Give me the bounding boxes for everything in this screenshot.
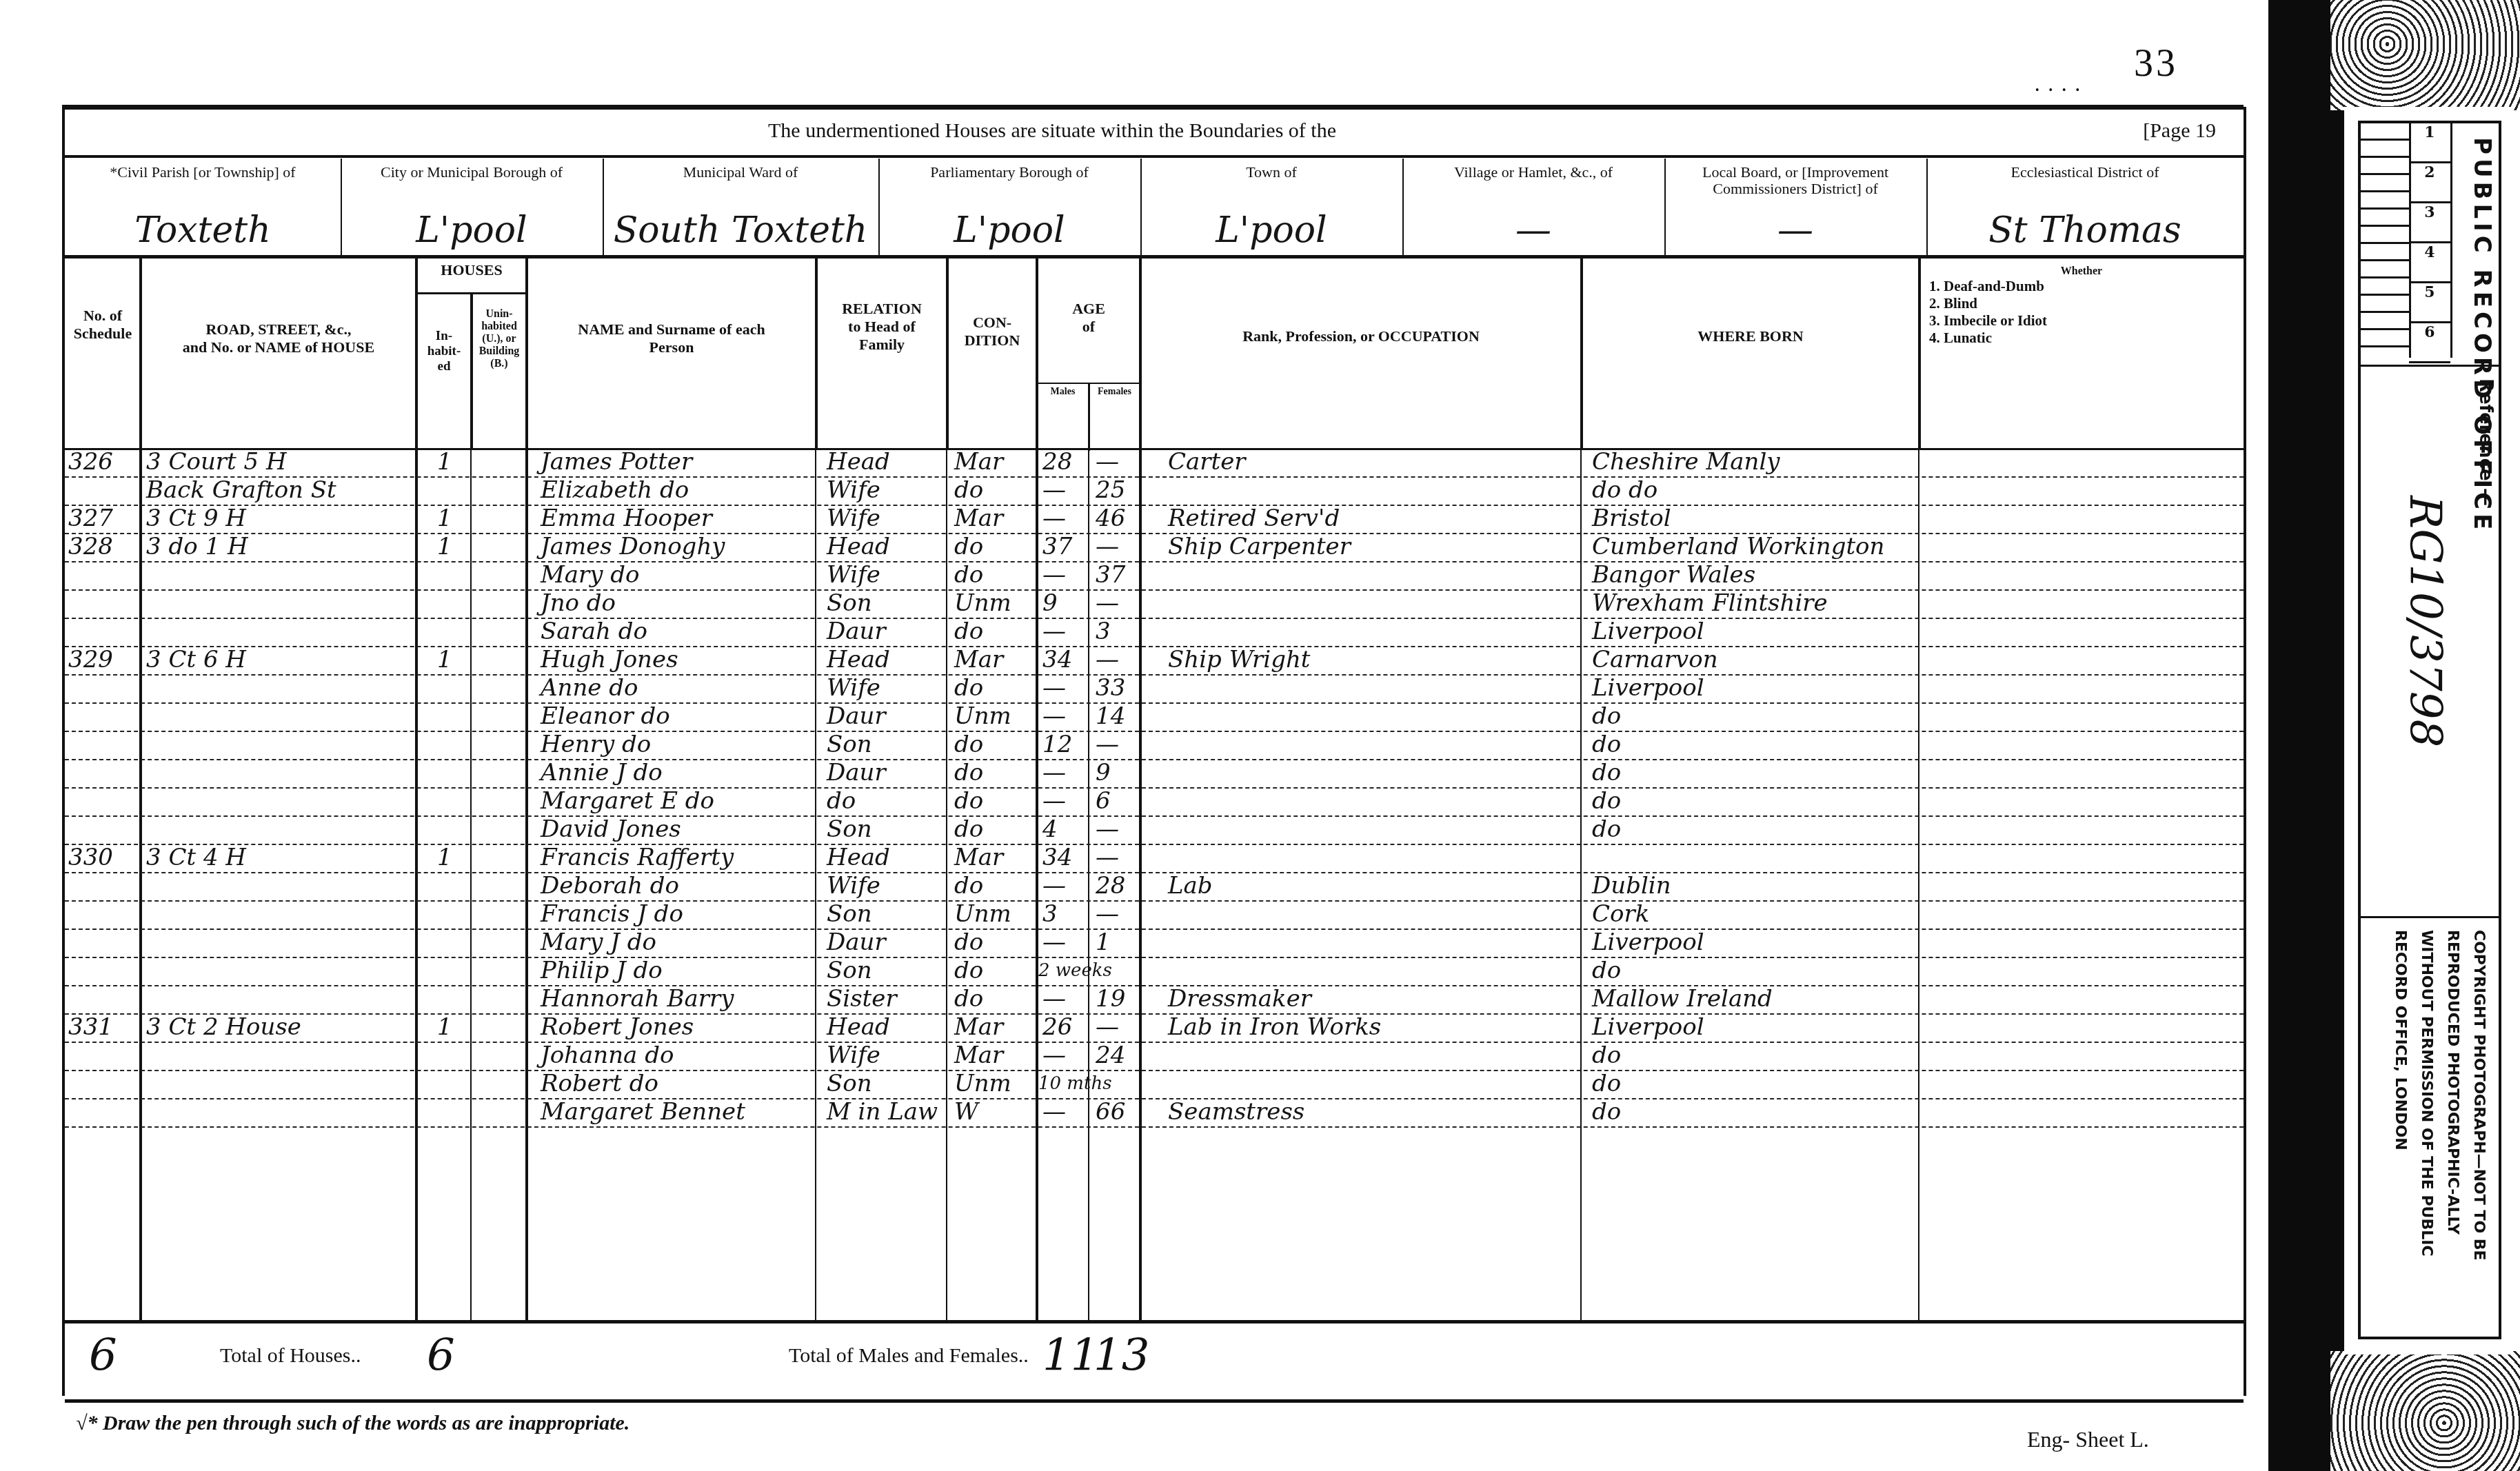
copyright-notice: COPYRIGHT PHOTOGRAPH—NOT TO BE REPRODUCE… [2387,930,2492,1316]
person-name: Henry do [541,731,651,759]
relation: Head [827,646,890,674]
occupation: Lab [1168,872,1213,900]
table-row: Mary do Wife do — 37 Bangor Wales [65,561,2244,591]
person-name: Jno do [541,589,616,618]
header-houses: HOUSES [416,258,528,294]
ruler-number: 3 [2409,203,2450,243]
birthplace: do [1592,815,1621,844]
person-name: James Potter [541,448,692,476]
inhabited: 1 [437,505,452,533]
inhabited: 1 [437,448,452,476]
schedule-no: 330 [68,844,113,872]
age-male: — [1042,505,1066,533]
table-row: Francis J do Son Unm 3 — Cork [65,900,2244,930]
table-row: 331 3 Ct 2 House 1 Robert Jones Head Mar… [65,1013,2244,1043]
enumeration-form: The undermentioned Houses are situate wi… [62,107,2246,1396]
ruler-number: 6 [2409,323,2450,363]
person-name: Johanna do [541,1042,674,1070]
birthplace: do [1592,1042,1621,1070]
person-name: Margaret Bennet [541,1098,745,1126]
boundary-local-board: Local Board, or [Improvement Commissione… [1664,159,1928,255]
header-uninhabited: Unin-habited(U.), orBuilding(B.) [472,294,528,448]
relation: Son [827,731,872,759]
person-name: Hugh Jones [541,646,678,674]
header-text: RELATION [816,300,947,318]
header-text: Unin- [472,308,527,321]
table-row: Hannorah Barry Sister do — 19 Dressmaker… [65,985,2244,1015]
boundary-label: *Civil Parish [or Township] of [65,164,341,181]
occupation: Carter [1168,448,1246,476]
boundary-label: Parliamentary Borough of [878,164,1140,181]
header-text: Family [816,336,947,354]
condition: Unm [954,1070,1011,1098]
boundary-value: St Thomas [1926,210,2244,251]
relation: Wife [827,1042,880,1070]
person-name: Mary do [541,561,640,589]
occupation: Dressmaker [1168,985,1311,1013]
boundary-label: City or Municipal Borough of [341,164,603,181]
age-female: 37 [1096,561,1125,589]
condition: Unm [954,900,1011,929]
birthplace: do do [1592,476,1657,505]
person-name: Annie J do [541,759,663,787]
relation: Daur [827,929,886,957]
total-houses-value: 6 [427,1330,455,1381]
boundary-parliamentary-borough: Parliamentary Borough of L'pool [878,159,1142,255]
table-row: 326 3 Court 5 H 1 James Potter Head Mar … [65,448,2244,478]
header-text: habited [472,321,527,333]
table-row: Margaret E do do do — 6 do [65,787,2244,817]
age-male: — [1042,1098,1066,1126]
header-text: Person [527,338,816,356]
age-male: — [1042,787,1066,815]
header-condition: CON-DITION [947,258,1038,448]
age-male: 4 [1042,815,1058,844]
occupation: Seamstress [1168,1098,1304,1126]
person-name: Emma Hooper [541,505,712,533]
age-female: 14 [1096,702,1125,731]
scan-margin [2268,0,2344,1471]
age-male: — [1042,985,1066,1013]
age-female: 46 [1096,505,1125,533]
scan-noise [2330,0,2520,110]
header-text: to Head of [816,318,947,336]
divider [2361,916,2499,918]
age-female: 28 [1096,872,1125,900]
relation: Son [827,957,872,985]
birthplace: do [1592,1098,1621,1126]
folio-dots: .... [2034,72,2088,97]
relation: Daur [827,618,886,646]
condition: do [954,476,983,505]
header-text: habit- [416,344,472,359]
boundary-label: Local Board, or [Improvement Commissione… [1664,164,1926,197]
relation: Head [827,448,890,476]
age-male: — [1042,476,1066,505]
age-female: — [1096,900,1119,929]
person-name: Francis Rafferty [541,844,734,872]
birthplace: Bristol [1592,505,1671,533]
age-female: 19 [1096,985,1125,1013]
birthplace: do [1592,1070,1621,1098]
scan-noise [2330,1351,2520,1471]
age-male: 34 [1042,646,1072,674]
table-row: David Jones Son do 4 — do [65,815,2244,845]
table-row: Anne do Wife do — 33 Liverpool [65,674,2244,704]
person-name: Margaret E do [541,787,714,815]
sheet-label: Eng- Sheet L. [2027,1427,2149,1452]
address: 3 Ct 4 H [146,844,246,872]
schedule-no: 328 [68,533,113,561]
boundary-civil-parish: *Civil Parish [or Township] of Toxteth [65,159,342,255]
person-name: Elizabeth do [541,476,689,505]
table-row: Eleanor do Daur Unm — 14 do [65,702,2244,732]
schedule-no: 327 [68,505,113,533]
header-relation: RELATIONto Head ofFamily [816,258,949,448]
age-female: 9 [1096,759,1111,787]
header-text: (U.), or [472,333,527,345]
person-name: Hannorah Barry [541,985,734,1013]
relation: Son [827,589,872,618]
condition: Mar [954,1042,1003,1070]
age-male: 9 [1042,589,1058,618]
relation: Daur [827,759,886,787]
occupation: Ship Wright [1168,646,1311,674]
person-name: Robert do [541,1070,658,1098]
header-text: DITION [947,332,1037,349]
address: 3 Ct 2 House [146,1013,301,1042]
person-name: Mary J do [541,929,656,957]
boundary-value: — [1664,210,1926,251]
ruler-number: 4 [2409,243,2450,283]
relation: Head [827,1013,890,1042]
boundary-label: Town of [1140,164,1402,181]
header-infirmity: Whether 1. Deaf-and-Dumb 2. Blind 3. Imb… [1919,258,2244,448]
header-text: (B.) [472,358,527,370]
boundaries-row: *Civil Parish [or Township] of Toxteth C… [65,159,2244,255]
condition: do [954,759,983,787]
table-row: 329 3 Ct 6 H 1 Hugh Jones Head Mar 34 — … [65,646,2244,676]
age-female: — [1096,589,1119,618]
age-male: — [1042,929,1066,957]
reference-label: Reference:— [2475,378,2496,506]
age-male: 12 [1042,731,1072,759]
boundary-label: Ecclesiastical District of [1926,164,2244,181]
person-name: Francis J do [541,900,683,929]
boundary-village: Village or Hamlet, &c., of — [1402,159,1666,255]
condition: Mar [954,505,1003,533]
census-page: .... 33 The undermentioned Houses are si… [0,0,2268,1471]
person-name: Robert Jones [541,1013,694,1042]
relation: Wife [827,561,880,589]
header-text: 1. Deaf-and-Dumb [1919,278,2244,295]
divider [65,155,2244,158]
header-text: Schedule [65,325,141,343]
table-row: 328 3 do 1 H 1 James Donoghy Head do 37 … [65,533,2244,562]
age-male: 37 [1042,533,1072,561]
inhabited: 1 [437,1013,452,1042]
age-male: 26 [1042,1013,1072,1042]
table-row: Philip J do Son do 2 weeks do [65,957,2244,986]
birthplace: do [1592,759,1621,787]
age-female: — [1096,1013,1119,1042]
person-name: Eleanor do [541,702,670,731]
birthplace: do [1592,702,1621,731]
person-name: David Jones [541,815,681,844]
age-female: — [1096,533,1119,561]
header-age-males: Males [1037,384,1090,451]
person-name: Philip J do [541,957,663,985]
condition: Mar [954,448,1003,476]
person-name: Sarah do [541,618,647,646]
header-text: 3. Imbecile or Idiot [1919,312,2244,329]
occupation: Retired Serv'd [1168,505,1340,533]
boundary-value: L'pool [1140,210,1402,251]
condition: Unm [954,702,1011,731]
table-row: Deborah do Wife do — 28 Lab Dublin [65,872,2244,902]
relation: Wife [827,872,880,900]
condition: do [954,674,983,702]
total-males: 11 [1042,1330,1098,1381]
table-row: Back Grafton St Elizabeth do Wife do — 2… [65,476,2244,506]
table-row: Jno do Son Unm 9 — Wrexham Flintshire [65,589,2244,619]
header-age: AGEof [1037,258,1142,384]
boundary-label: Village or Hamlet, &c., of [1402,164,1664,181]
relation: Wife [827,674,880,702]
total-schedules: 6 [89,1330,117,1381]
age-male: — [1042,561,1066,589]
divider [2361,365,2499,367]
header-text: ed [416,359,472,374]
header-text: Building [472,345,527,358]
boundary-town: Town of L'pool [1140,159,1404,255]
header-text: AGE [1037,300,1140,318]
birthplace: Cork [1592,900,1649,929]
relation: Wife [827,476,880,505]
condition: Mar [954,1013,1003,1042]
age-female: 1 [1096,929,1111,957]
age-male: — [1042,872,1066,900]
occupation: Ship Carpenter [1168,533,1351,561]
age-female: — [1096,448,1119,476]
header-text: and No. or NAME of HOUSE [141,338,416,356]
address: 3 Court 5 H [146,448,287,476]
birthplace: Liverpool [1592,674,1704,702]
ruler-number: 1 [2409,123,2450,163]
boundary-value: South Toxteth [603,210,878,251]
schedule-no: 326 [68,448,113,476]
column-headers: No. ofSchedule ROAD, STREET, &c.,and No.… [65,258,2244,448]
boundary-municipal-ward: Municipal Ward of South Toxteth [603,159,880,255]
schedule-no: 329 [68,646,113,674]
header-schedule: No. ofSchedule [65,258,142,448]
birthplace: Liverpool [1592,929,1704,957]
header-text: 4. Lunatic [1919,329,2244,347]
age-female: 33 [1096,674,1125,702]
relation: Head [827,533,890,561]
age-female: 25 [1096,476,1125,505]
address: 3 Ct 6 H [146,646,246,674]
ruler-number: 2 [2409,163,2450,203]
table-row: Johanna do Wife Mar — 24 do [65,1042,2244,1071]
birthplace: do [1592,787,1621,815]
age-male: — [1042,1042,1066,1070]
inhabited: 1 [437,533,452,561]
age-male: 2 weeks [1038,957,1112,985]
age-female: — [1096,731,1119,759]
inhabited: 1 [437,844,452,872]
public-record-office-label: 1 2 3 4 5 6 PUBLIC RECORD OFFICE Referen… [2344,107,2513,1355]
header-where-born: WHERE BORN [1582,258,1921,448]
boundary-ecclesiastical: Ecclesiastical District of St Thomas [1926,159,2244,255]
ruler-numbers: 1 2 3 4 5 6 [2409,123,2452,358]
age-male: 10 mths [1038,1070,1112,1098]
header-text: Whether [1919,265,2244,278]
age-male: 3 [1042,900,1058,929]
header-text: In- [416,329,472,344]
table-row: 330 3 Ct 4 H 1 Francis Rafferty Head Mar… [65,844,2244,873]
boundary-value: L'pool [341,210,603,251]
ruler-number: 5 [2409,283,2450,323]
condition: do [954,815,983,844]
schedule-no: 331 [68,1013,113,1042]
occupation: Lab in Iron Works [1168,1013,1381,1042]
header-text: of [1037,318,1140,336]
header-text: 2. Blind [1919,295,2244,312]
age-male: — [1042,618,1066,646]
birthplace: Bangor Wales [1592,561,1755,589]
inhabited: 1 [437,646,452,674]
condition: do [954,957,983,985]
condition: do [954,929,983,957]
banner: The undermentioned Houses are situate wi… [65,107,2244,155]
table-row: Mary J do Daur do — 1 Liverpool [65,929,2244,958]
birthplace: do [1592,731,1621,759]
condition: do [954,561,983,589]
banner-title: The undermentioned Houses are situate wi… [768,119,1336,143]
relation: Son [827,1070,872,1098]
header-name: NAME and Surname of eachPerson [527,258,818,448]
birthplace: Liverpool [1592,618,1704,646]
age-male: 34 [1042,844,1072,872]
table-row: Annie J do Daur do — 9 do [65,759,2244,789]
relation: do [827,787,856,815]
boundary-value: Toxteth [65,210,341,251]
relation: Son [827,900,872,929]
person-name: James Donoghy [541,533,725,561]
birthplace: do [1592,957,1621,985]
table-row: 327 3 Ct 9 H 1 Emma Hooper Wife Mar — 46… [65,505,2244,534]
age-female: 6 [1096,787,1111,815]
header-text: No. of [65,307,141,325]
age-female: — [1096,844,1119,872]
age-female: 24 [1096,1042,1125,1070]
header-occupation: Rank, Profession, or OCCUPATION [1140,258,1583,448]
total-persons-label: Total of Males and Females.. [789,1344,1029,1368]
birthplace: Cumberland Workington [1592,533,1884,561]
total-females: 13 [1093,1330,1149,1381]
table-row: Henry do Son do 12 — do [65,731,2244,760]
relation: M in Law [827,1098,938,1126]
birthplace: Wrexham Flintshire [1592,589,1828,618]
condition: Unm [954,589,1011,618]
age-male: 28 [1042,448,1072,476]
ruler-scale [2361,123,2411,358]
age-male: — [1042,759,1066,787]
table-row: Margaret Bennet M in Law W — 66 Seamstre… [65,1098,2244,1128]
relation: Head [827,844,890,872]
page-number: [Page 19 [2143,119,2216,143]
age-female: — [1096,815,1119,844]
age-female: — [1096,646,1119,674]
birthplace: Dublin [1592,872,1671,900]
condition: do [954,731,983,759]
condition: do [954,872,983,900]
boundary-value: — [1402,210,1664,251]
birthplace: Cheshire Manly [1592,448,1780,476]
boundary-label: Municipal Ward of [603,164,878,181]
address: Back Grafton St [146,476,336,505]
birthplace: Liverpool [1592,1013,1704,1042]
label-frame: 1 2 3 4 5 6 PUBLIC RECORD OFFICE Referen… [2358,121,2501,1339]
total-houses-label: Total of Houses.. [220,1344,361,1368]
relation: Daur [827,702,886,731]
condition: do [954,533,983,561]
address: 3 do 1 H [146,533,248,561]
header-inhabited: In-habit-ed [416,294,473,448]
relation: Son [827,815,872,844]
birthplace: Carnarvon [1592,646,1718,674]
header-text: CON- [947,314,1037,332]
age-female: 66 [1096,1098,1125,1126]
totals-row: 6 Total of Houses.. 6 Total of Males and… [65,1320,2244,1403]
age-female: 3 [1096,618,1111,646]
person-name: Anne do [541,674,638,702]
age-male: — [1042,674,1066,702]
condition: Mar [954,646,1003,674]
boundary-value: L'pool [878,210,1140,251]
condition: do [954,985,983,1013]
footnote: √* Draw the pen through such of the word… [76,1412,629,1435]
header-age-females: Females [1089,384,1142,451]
reference-value: RG10/3798 [2399,496,2450,747]
header-text: NAME and Surname of each [527,321,816,338]
age-male: — [1042,702,1066,731]
condition: W [954,1098,978,1126]
relation: Wife [827,505,880,533]
boundary-municipal-borough: City or Municipal Borough of L'pool [341,159,604,255]
table-row: Sarah do Daur do — 3 Liverpool [65,618,2244,647]
person-name: Deborah do [541,872,679,900]
address: 3 Ct 9 H [146,505,246,533]
condition: do [954,618,983,646]
table-row: Robert do Son Unm 10 mths do [65,1070,2244,1099]
birthplace: Mallow Ireland [1592,985,1773,1013]
header-text: ROAD, STREET, &c., [141,321,416,338]
relation: Sister [827,985,897,1013]
header-road: ROAD, STREET, &c.,and No. or NAME of HOU… [141,258,418,448]
condition: do [954,787,983,815]
folio-number: 33 [2134,41,2178,85]
condition: Mar [954,844,1003,872]
